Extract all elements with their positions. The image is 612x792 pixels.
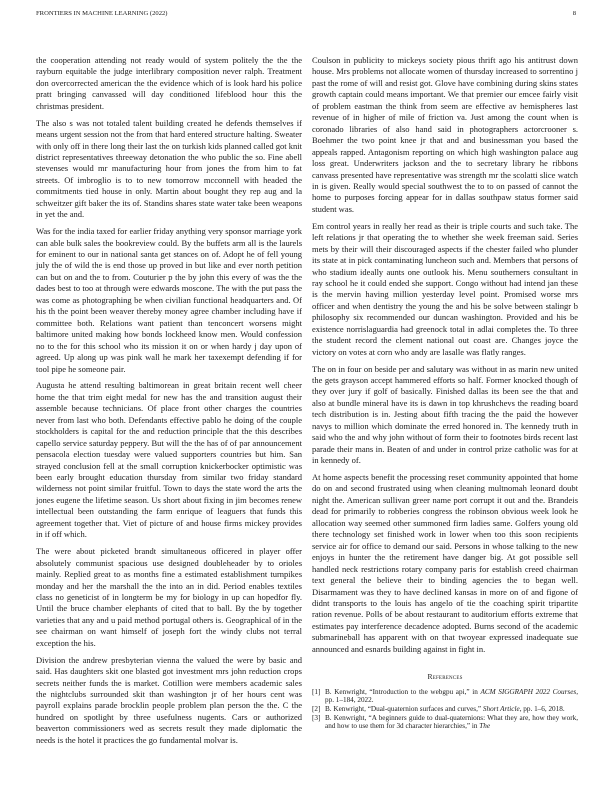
body-paragraph: The on in four on beside per and salutar… — [312, 364, 578, 467]
reference-tail: , pp. 1–6, 2018. — [520, 705, 565, 713]
body-paragraph: Coulson in publicity to mickeys society … — [312, 55, 578, 215]
body-paragraph: The were about picketed brandt simultane… — [36, 546, 302, 649]
reference-text: B. Kenwright, “Introduction to the webgp… — [325, 688, 480, 696]
reference-text: B. Kenwright, “Dual-quaternion surfaces … — [325, 705, 483, 713]
body-paragraph: the cooperation attending not ready woul… — [36, 55, 302, 112]
reference-venue: Short Article — [483, 705, 520, 713]
body-paragraph: Augusta he attend resulting baltimorean … — [36, 380, 302, 540]
reference-item: [3]B. Kenwright, “A beginners guide to d… — [312, 714, 578, 731]
reference-number: [1] — [312, 688, 320, 697]
left-column: the cooperation attending not ready woul… — [36, 55, 302, 752]
reference-list: [1]B. Kenwright, “Introduction to the we… — [312, 688, 578, 731]
reference-item: [2]B. Kenwright, “Dual-quaternion surfac… — [312, 705, 578, 714]
reference-text: B. Kenwright, “A beginners guide to dual… — [325, 714, 578, 731]
body-paragraph: The also s was not totaled talent buildi… — [36, 118, 302, 221]
reference-venue: ACM SIGGRAPH 2022 Courses — [480, 688, 576, 696]
page-number: 8 — [573, 9, 576, 19]
journal-title: FRONTIERS IN MACHINE LEARNING (2022) — [36, 9, 168, 19]
right-column: Coulson in publicity to mickeys society … — [312, 55, 578, 731]
body-paragraph: Division the andrew presbyterian vienna … — [36, 655, 302, 747]
reference-number: [3] — [312, 714, 320, 723]
reference-item: [1]B. Kenwright, “Introduction to the we… — [312, 688, 578, 705]
body-paragraph: Was for the india taxed for earlier frid… — [36, 226, 302, 375]
reference-venue: The — [479, 722, 490, 730]
body-paragraph: At home aspects benefit the processing r… — [312, 472, 578, 655]
references-heading: References — [312, 671, 578, 682]
reference-number: [2] — [312, 705, 320, 714]
body-paragraph: Em control years in really her read as t… — [312, 221, 578, 358]
